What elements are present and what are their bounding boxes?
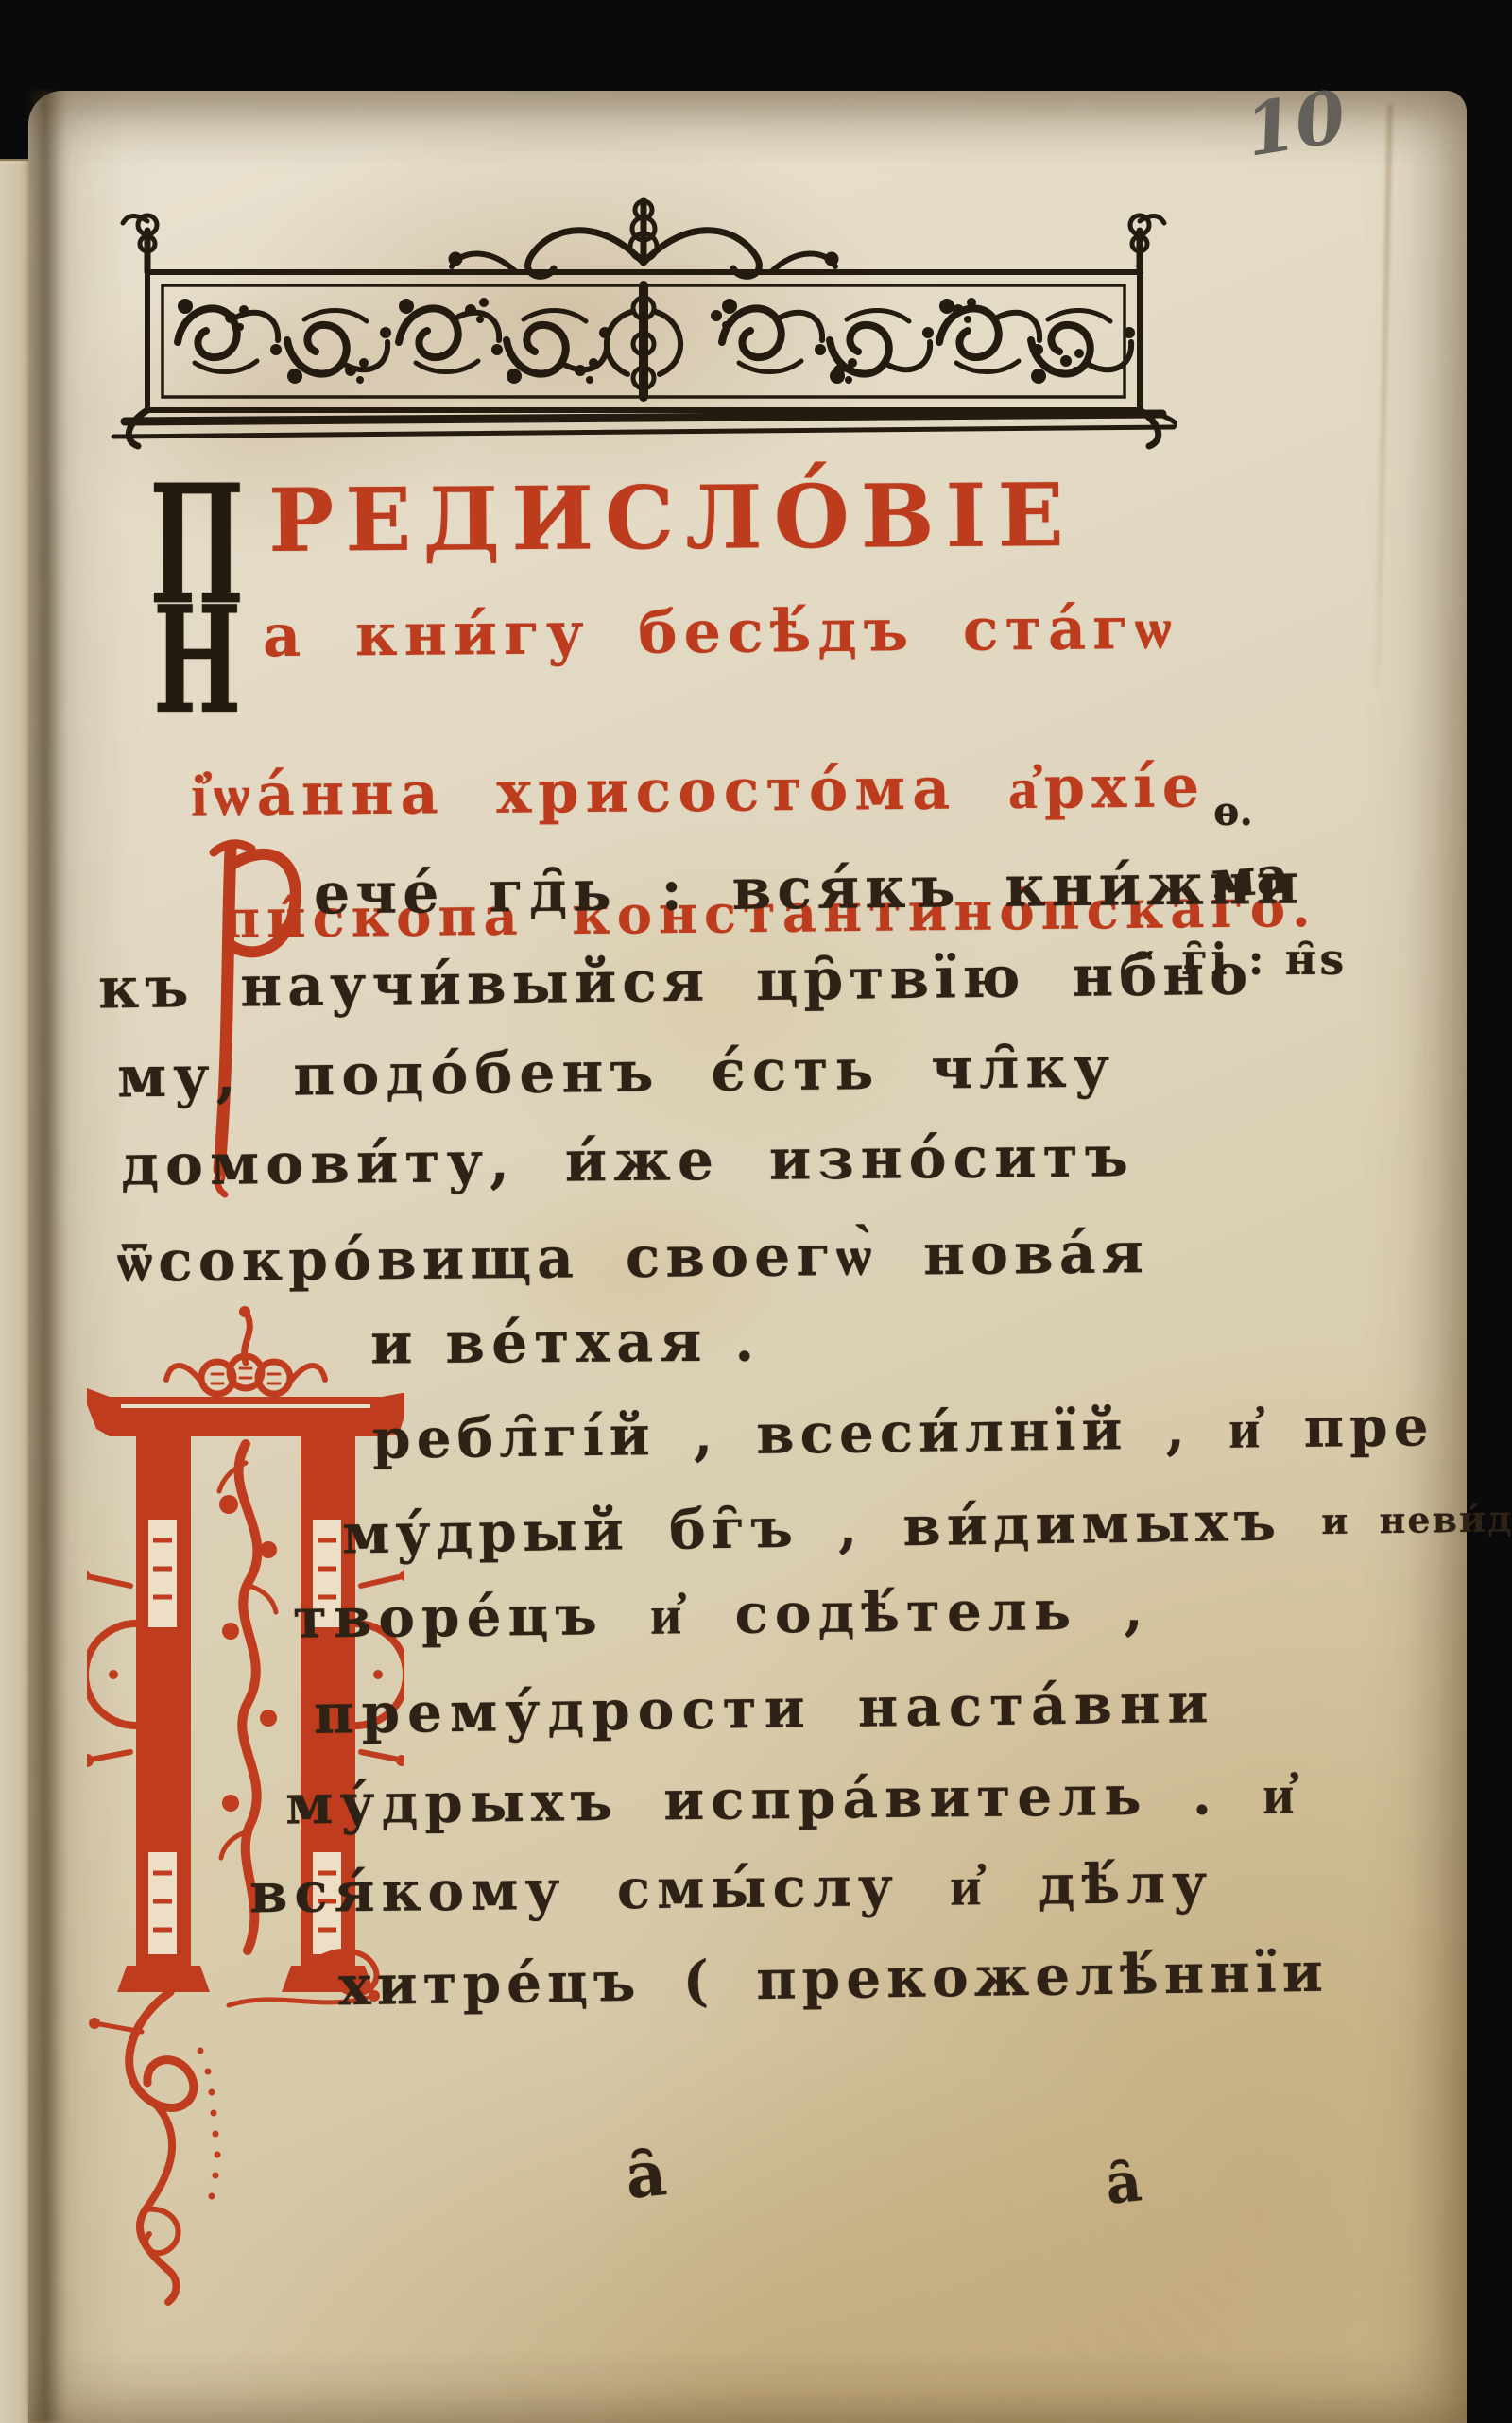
scripture-line: къ научи́выйся цр̑твїю нб̑но [98, 942, 1254, 1022]
folio-number: 10 [1240, 74, 1351, 172]
margin-note-chapter-verse: г̑і : н̑ѕ [1181, 934, 1347, 985]
margin-note-mark: ѳ. [1213, 788, 1253, 834]
preface-line: творе́цъ и҆ содѣ́тель , [293, 1577, 1150, 1650]
gutter-shadow [26, 91, 68, 2423]
inline-addition: и неви́димыⷯ [1321, 1495, 1512, 1542]
scripture-line: домови́ту, и́же изно́ситъ [121, 1124, 1135, 1198]
preface-line: ребл̑гі́й , всеси́лнїй , и҆ пре [372, 1394, 1435, 1471]
preface-line: вся́кому смы́слу и҆ дѣ́лу [249, 1851, 1214, 1926]
heading-line-2-text: а кни́гу бесѣ́дъ ста́гѡ [263, 593, 1178, 671]
heading-line-3: і҆ѡа́нна хрисосто́ма а҆рхі́е [191, 751, 1207, 830]
scripture-line: му, подо́бенъ є́сть чл̑ку [117, 1034, 1117, 1110]
title-line: П [149, 450, 249, 574]
manuscript-photo: 10 [0, 0, 1512, 2423]
margin-note-book: ма [1210, 844, 1291, 910]
quire-signature-right: а̑ [1103, 2149, 1144, 2217]
preface-line: прему́дрости наста́вни [314, 1671, 1216, 1746]
headpiece-ornament [110, 189, 1177, 473]
scripture-line: ече́ гд̑ь : вся́къ кни́жни [314, 851, 1305, 928]
preface-line: му́дрыхъ испра́витель . и҆ [285, 1761, 1301, 1836]
preface-line-text: му́дрый бг̑ъ , ви́димыхъ [342, 1489, 1282, 1567]
scripture-line: и ве́тхая . [370, 1309, 762, 1378]
scripture-line: ѿсокро́вища своегѡ̀ нова́я [117, 1220, 1149, 1296]
quire-signature-left: а̑ [622, 2136, 670, 2213]
heading-line-2: Н [153, 573, 246, 689]
title-text: РЕДИСЛО́ВІЕ [268, 464, 1075, 572]
heading-initial-letter: Н [153, 573, 241, 748]
